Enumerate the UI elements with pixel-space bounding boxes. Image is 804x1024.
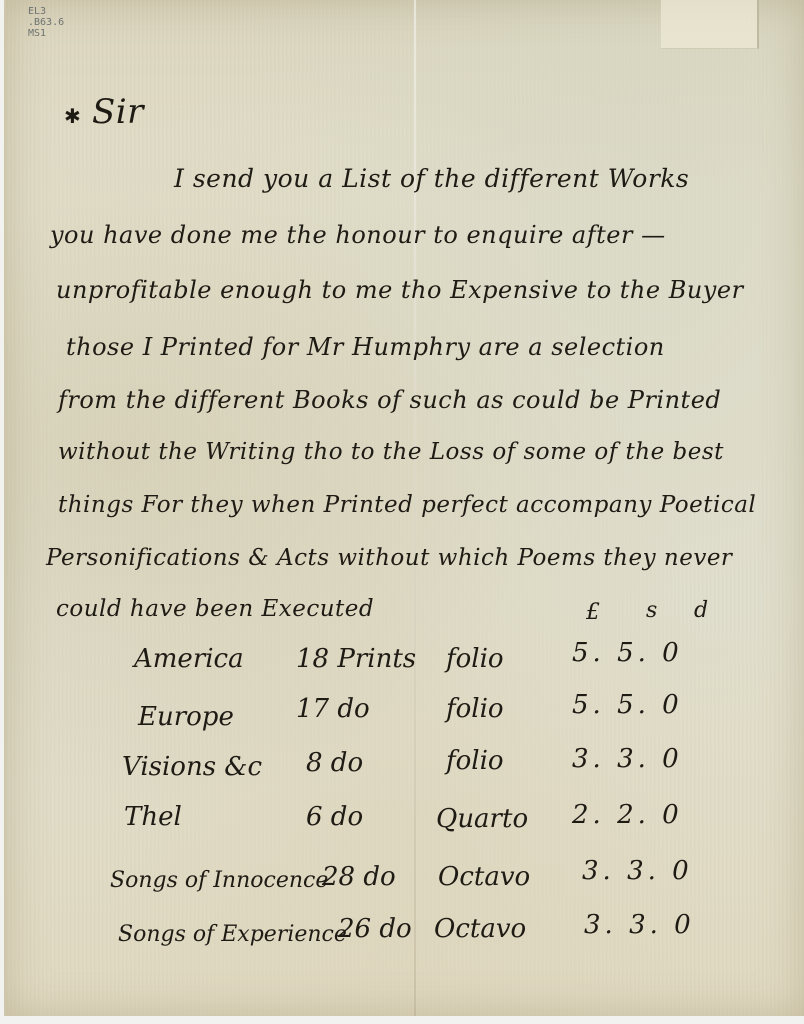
price: 3. 3. 0 (584, 910, 695, 940)
plate-count: 26 do (338, 914, 412, 944)
work-title: Songs of Experience (118, 922, 347, 947)
body-line-8: Personifications & Acts without which Po… (46, 545, 732, 571)
shelfmark: EL3 .B63.6 MS1 (28, 6, 64, 39)
shelfmark-line-2: .B63.6 (28, 17, 64, 28)
body-line-6: without the Writing tho to the Loss of s… (58, 439, 724, 465)
body-line-1: I send you a List of the different Works (174, 164, 689, 193)
shelfmark-line-1: EL3 (28, 6, 46, 17)
currency-pounds: £ (586, 600, 600, 625)
manuscript-page: EL3 .B63.6 MS1 ✱ Sir I send you a List o… (4, 0, 804, 1016)
book-format: folio (446, 746, 504, 776)
salutation: Sir (92, 92, 144, 132)
work-title: Songs of Innocence (110, 868, 328, 893)
shelfmark-line-3: MS1 (28, 28, 46, 39)
price: 3. 3. 0 (572, 744, 683, 774)
work-title: America (134, 644, 244, 674)
book-format: Octavo (434, 914, 526, 944)
price: 2. 2. 0 (572, 800, 683, 830)
plate-count: 6 do (306, 802, 363, 832)
work-title: Thel (124, 802, 182, 832)
plate-count: 8 do (306, 748, 363, 778)
body-line-2: you have done me the honour to enquire a… (50, 221, 666, 249)
body-line-4: those I Printed for Mr Humphry are a sel… (66, 333, 665, 361)
plate-count: 28 do (322, 862, 396, 892)
price: 3. 3. 0 (582, 856, 693, 886)
body-line-9: could have been Executed (56, 596, 374, 622)
price: 5. 5. 0 (572, 690, 683, 720)
plate-count: 18 Prints (296, 644, 416, 674)
book-format: folio (446, 694, 504, 724)
work-title: Visions &c (122, 752, 262, 782)
book-format: Octavo (438, 862, 530, 892)
currency-shillings: s (646, 598, 657, 623)
book-format: folio (446, 644, 504, 674)
body-line-3: unprofitable enough to me tho Expensive … (56, 276, 744, 304)
paper-hinge-tab (661, 0, 759, 49)
asterisk-mark-icon: ✱ (64, 104, 81, 128)
currency-pence: d (694, 598, 708, 623)
price: 5. 5. 0 (572, 638, 683, 668)
book-format: Quarto (436, 804, 528, 834)
plate-count: 17 do (296, 694, 370, 724)
work-title: Europe (138, 702, 234, 732)
body-line-7: things For they when Printed perfect acc… (58, 492, 756, 518)
body-line-5: from the different Books of such as coul… (58, 386, 721, 414)
